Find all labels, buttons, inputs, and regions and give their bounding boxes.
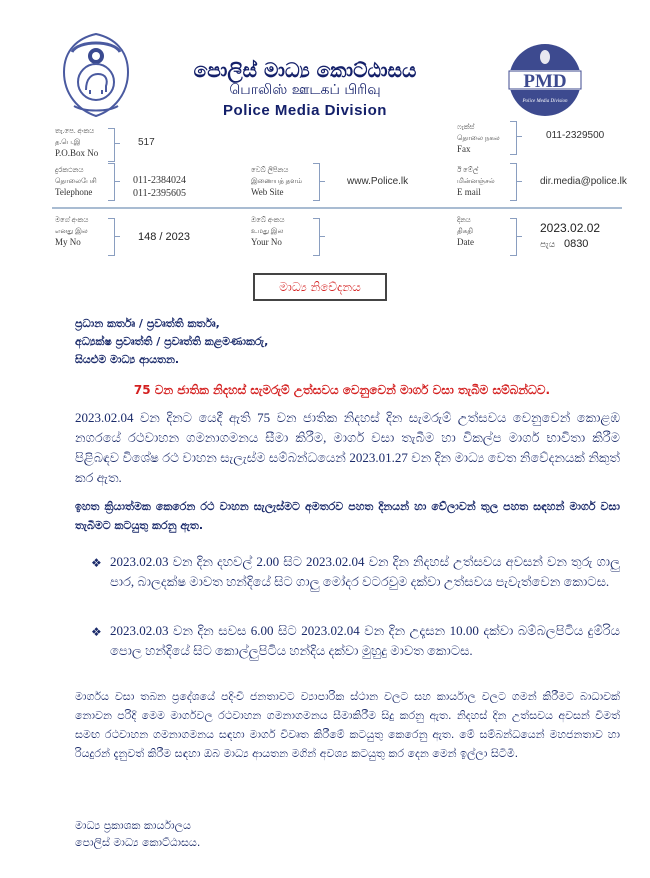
bracket-tick <box>319 236 325 237</box>
header-divider <box>52 207 622 209</box>
police-crest-logo <box>58 32 134 118</box>
signature-line: මාධ්‍ය ප්‍රකාශක කාර්යාලය <box>75 819 191 833</box>
time-row: පැය 0830 <box>540 238 588 250</box>
website-label: වෙබ් ලිපිනය இணையத் தளம் Web Site <box>251 165 302 198</box>
addressee-line: සියළුම මාධ්‍ය ආයතන. <box>75 353 179 367</box>
paragraph-closures-intro: ඉහත ක්‍රියාත්මක කෙරෙන රථ වාහන සැලැස්මට අ… <box>75 497 620 535</box>
date-value: 2023.02.02 <box>540 221 600 235</box>
po-box-value: 517 <box>138 137 155 148</box>
pmd-logo: PMD Police Media Division <box>507 42 583 118</box>
bullet-item: 2023.02.03 වන දින දහවල් 2.00 සිට 2023.02… <box>110 552 620 592</box>
subject-line: 75 වන ජාතික නිදහස් සැමරුම් උත්සවය වෙනුවෙ… <box>62 383 622 398</box>
svg-text:PMD: PMD <box>523 71 566 92</box>
media-release-title: මාධ්‍ය නිවේදනය <box>253 273 387 301</box>
diamond-bullet-icon: ❖ <box>91 625 102 639</box>
your-no-label: ඔබේ අංකය உமது இல Your No <box>251 215 285 248</box>
time-value: 0830 <box>564 238 588 250</box>
email-link[interactable]: dir.media@police.lk <box>540 176 627 187</box>
addressee-line: අධ්‍යක්ෂ ප්‍රවෘත්ති / ප්‍රවෘත්ති කළමණාකර… <box>75 335 268 349</box>
paragraph-closing: මාර්ගය වසා තබන ප්‍රදේශයේ පදිංචි ජනතාවට ව… <box>75 687 620 763</box>
bracket-tick <box>114 236 120 237</box>
title-english: Police Media Division <box>190 102 420 119</box>
my-no-label: මගේ අංකය எனது இல My No <box>55 215 88 248</box>
bullet-item: 2023.02.03 වන දින සවස 6.00 සිට 2023.02.0… <box>110 621 620 661</box>
bracket-tick <box>319 181 325 182</box>
telephone-values: 011-2384024 011-2395605 <box>133 174 186 200</box>
po-box-label: තැ.පෙ. අංකය த.பெ.இ P.O.Box No <box>55 126 98 159</box>
bracket <box>108 218 115 256</box>
fax-value: 011-2329500 <box>546 130 604 141</box>
bracket <box>108 128 115 162</box>
bracket <box>313 163 320 201</box>
title-tamil: பொலிஸ் ஊடகப் பிரிவு <box>190 82 420 100</box>
bracket <box>313 218 320 256</box>
date-label: දිනය திகதி Date <box>457 215 474 248</box>
paragraph-intro: 2023.02.04 වන දිනට යෙදී ඇති 75 වන ජාතික … <box>75 408 620 488</box>
bracket <box>510 163 517 201</box>
bracket <box>510 218 517 256</box>
title-sinhala: පොලිස් මාධ්‍ය කොට්ඨාසය <box>190 58 420 82</box>
bracket <box>108 163 115 201</box>
bracket <box>510 121 517 155</box>
website-link[interactable]: www.Police.lk <box>347 176 408 187</box>
signature-line: පොලිස් මාධ්‍ය කොට්ඨාසය. <box>75 836 200 850</box>
bracket-tick <box>516 236 522 237</box>
bracket-tick <box>114 143 120 144</box>
my-no-value: 148 / 2023 <box>138 231 190 243</box>
svg-text:Police Media Division: Police Media Division <box>522 99 568 104</box>
bracket-tick <box>114 181 120 182</box>
email-label: ඊ මේල් மின்னஞ்சல் E mail <box>457 165 495 198</box>
telephone-label: දුරකථනය தொலைபேசி Telephone <box>55 165 97 198</box>
addressee-line: ප්‍රධාන කර්තෘ / ප්‍රවෘත්ති කර්තෘ, <box>75 317 220 331</box>
bracket-tick <box>516 136 522 137</box>
diamond-bullet-icon: ❖ <box>91 556 102 570</box>
time-label: පැය <box>540 240 555 250</box>
fax-label: ෆැක්ස් தொலை நகல Fax <box>457 122 500 155</box>
bracket-tick <box>516 181 522 182</box>
